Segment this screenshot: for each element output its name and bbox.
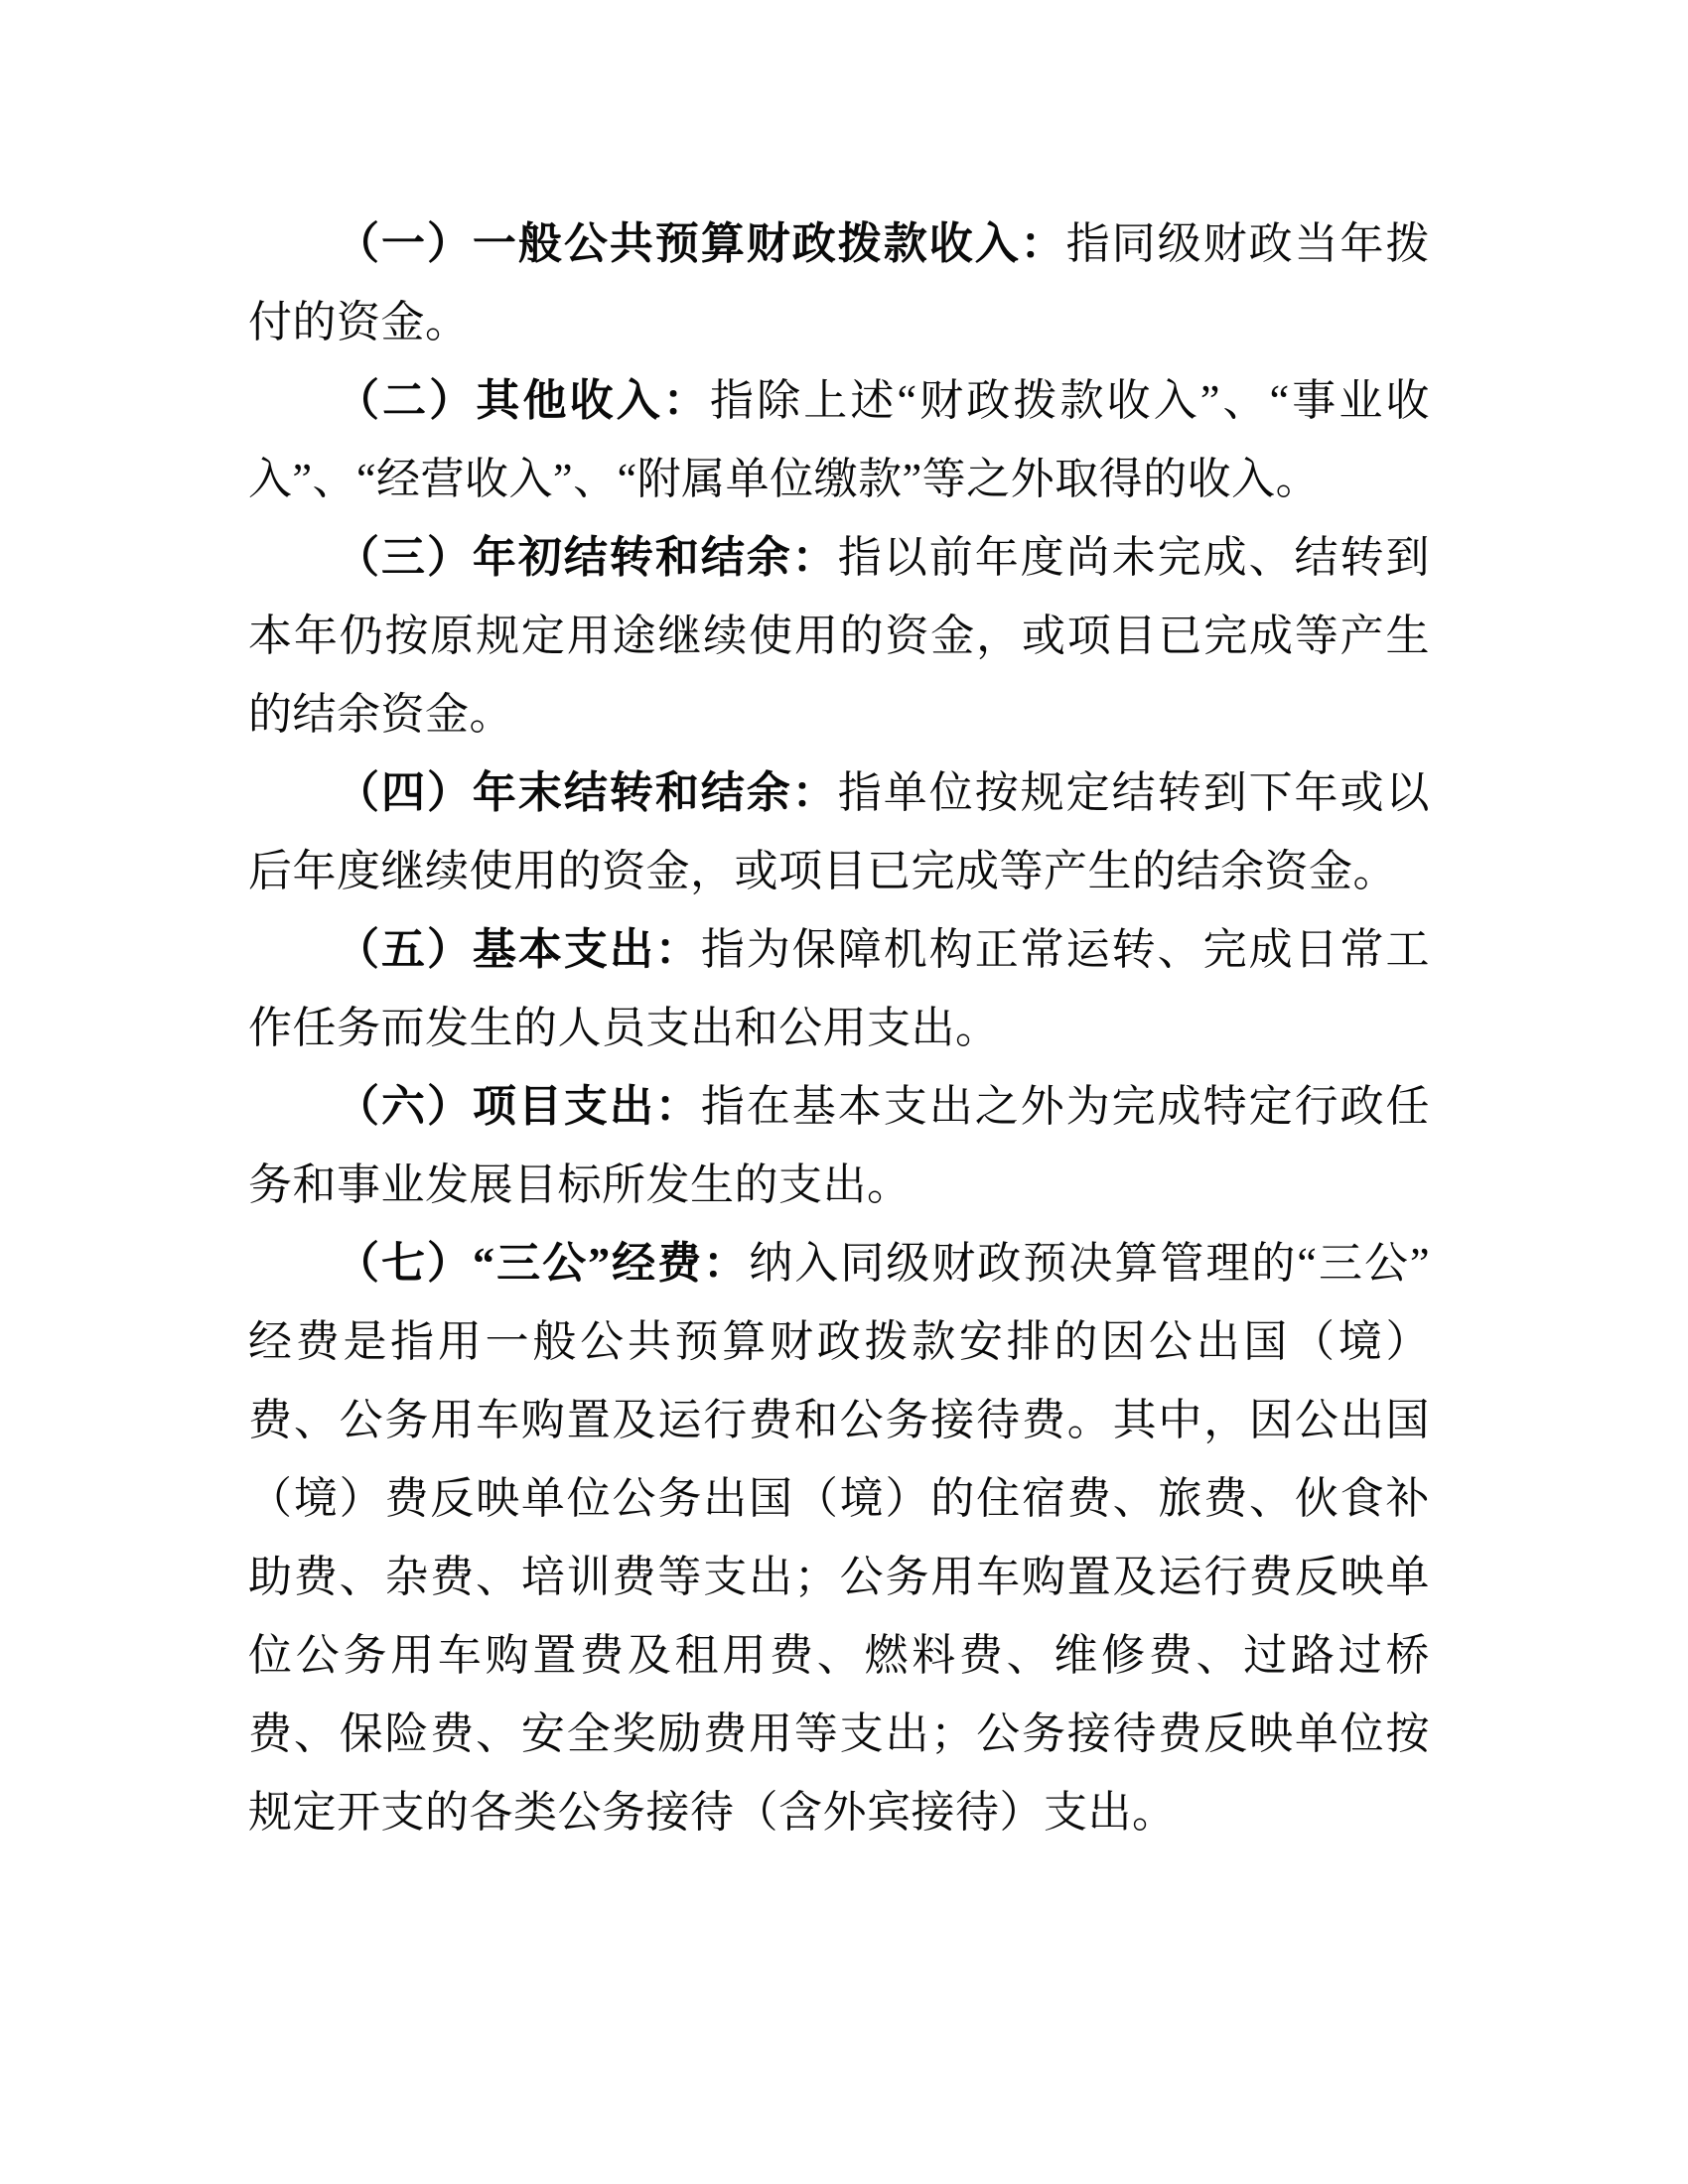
paragraph-project-expenditure: （六）项目支出：指在基本支出之外为完成特定行政任务和事业发展目标所发生的支出。 [248, 1067, 1430, 1224]
term-label: （二）其他收入： [336, 376, 710, 425]
term-label: （一）一般公共预算财政拨款收入： [336, 219, 1066, 268]
term-label: （五）基本支出： [336, 925, 701, 974]
paragraph-basic-expenditure: （五）基本支出：指为保障机构正常运转、完成日常工作任务而发生的人员支出和公用支出… [248, 910, 1430, 1067]
term-definition: 纳入同级财政预决算管理的“三公”经费是指用一般公共预算财政拨款安排的因公出国（境… [248, 1239, 1430, 1837]
term-label: （六）项目支出： [336, 1082, 701, 1131]
document-page: （一）一般公共预算财政拨款收入：指同级财政当年拨付的资金。 （二）其他收入：指除… [0, 0, 1688, 2184]
paragraph-general-public-budget-appropriation-income: （一）一般公共预算财政拨款收入：指同级财政当年拨付的资金。 [248, 205, 1430, 361]
term-label: （三）年初结转和结余： [336, 533, 838, 582]
term-label: （四）年末结转和结余： [336, 768, 838, 817]
paragraph-other-income: （二）其他收入：指除上述“财政拨款收入”、“事业收入”、“经营收入”、“附属单位… [248, 361, 1430, 518]
paragraph-beginning-year-carryover-surplus: （三）年初结转和结余：指以前年度尚未完成、结转到本年仍按原规定用途继续使用的资金… [248, 518, 1430, 753]
paragraph-three-public-expenses: （七）“三公”经费：纳入同级财政预决算管理的“三公”经费是指用一般公共预算财政拨… [248, 1224, 1430, 1851]
paragraph-year-end-carryover-surplus: （四）年末结转和结余：指单位按规定结转到下年或以后年度继续使用的资金，或项目已完… [248, 753, 1430, 910]
term-label: （七）“三公”经费： [336, 1239, 749, 1288]
budget-terms-text-block: （一）一般公共预算财政拨款收入：指同级财政当年拨付的资金。 （二）其他收入：指除… [248, 205, 1430, 1851]
